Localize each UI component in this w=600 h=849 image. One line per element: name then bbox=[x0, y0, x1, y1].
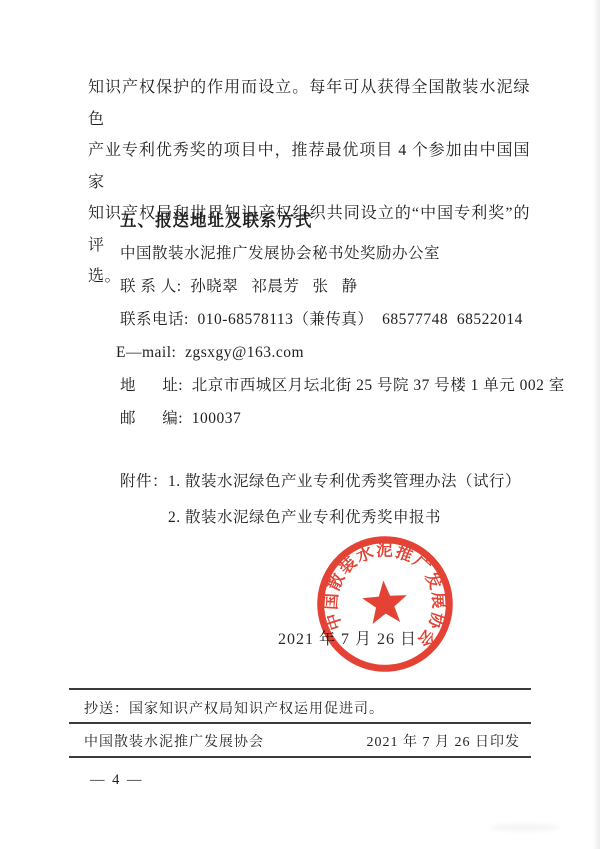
paragraph-line: 知识产权保护的作用而设立。每年可从获得全国散装水泥绿色 bbox=[88, 72, 530, 135]
footer-rule-middle bbox=[69, 722, 531, 724]
attachment-item: 1. 散装水泥绿色产业专利优秀奖管理办法（试行） bbox=[168, 473, 521, 490]
attachments-line-1: 附件：1. 散装水泥绿色产业专利优秀奖管理办法（试行） bbox=[120, 464, 521, 500]
contact-block: 中国散装水泥推广发展协会秘书处奖励办公室 联 系 人: 孙晓翠 祁晨芳 张 静 … bbox=[120, 237, 565, 435]
page-number: — 4 — bbox=[90, 772, 144, 789]
attachment-item: 2. 散装水泥绿色产业专利优秀奖申报书 bbox=[168, 509, 441, 526]
seal-star bbox=[361, 579, 409, 625]
paragraph-line: 产业专利优秀奖的项目中，推荐最优项目 4 个参加由中国国家 bbox=[88, 135, 530, 198]
scan-smudge bbox=[490, 824, 560, 831]
issuer-name: 中国散装水泥推广发展协会 bbox=[84, 731, 264, 751]
attachments-label: 附件： bbox=[120, 473, 168, 490]
footer-rule-bottom bbox=[69, 756, 531, 758]
contact-phone-line: 联系电话: 010-68578113（兼传真） 68577748 6852201… bbox=[120, 303, 565, 336]
scan-edge-shadow bbox=[592, 0, 600, 849]
attachments-block: 附件：1. 散装水泥绿色产业专利优秀奖管理办法（试行） 2. 散装水泥绿色产业专… bbox=[120, 464, 521, 536]
cc-line: 抄送：国家知识产权局知识产权运用促进司。 bbox=[84, 698, 384, 718]
contact-postcode-line: 邮 编: 100037 bbox=[120, 402, 565, 435]
contact-address-line: 地 址: 北京市西城区月坛北街 25 号院 37 号楼 1 单元 002 室 bbox=[120, 369, 565, 402]
contact-office-line: 中国散装水泥推广发展协会秘书处奖励办公室 bbox=[120, 237, 565, 270]
issuer-row: 中国散装水泥推广发展协会 2021 年 7 月 26 日印发 bbox=[84, 731, 520, 751]
section-heading: 五、报送地址及联系方式 bbox=[120, 205, 313, 237]
contact-email-line: E—mail: zgsxgy@163.com bbox=[116, 336, 565, 369]
official-seal-stamp: 中国散装水泥推广发展协会 bbox=[305, 524, 465, 684]
document-page: 知识产权保护的作用而设立。每年可从获得全国散装水泥绿色 产业专利优秀奖的项目中，… bbox=[0, 0, 600, 849]
footer-rule-top bbox=[69, 688, 531, 690]
contact-persons-line: 联 系 人: 孙晓翠 祁晨芳 张 静 bbox=[120, 270, 565, 303]
print-date: 2021 年 7 月 26 日印发 bbox=[367, 731, 521, 751]
